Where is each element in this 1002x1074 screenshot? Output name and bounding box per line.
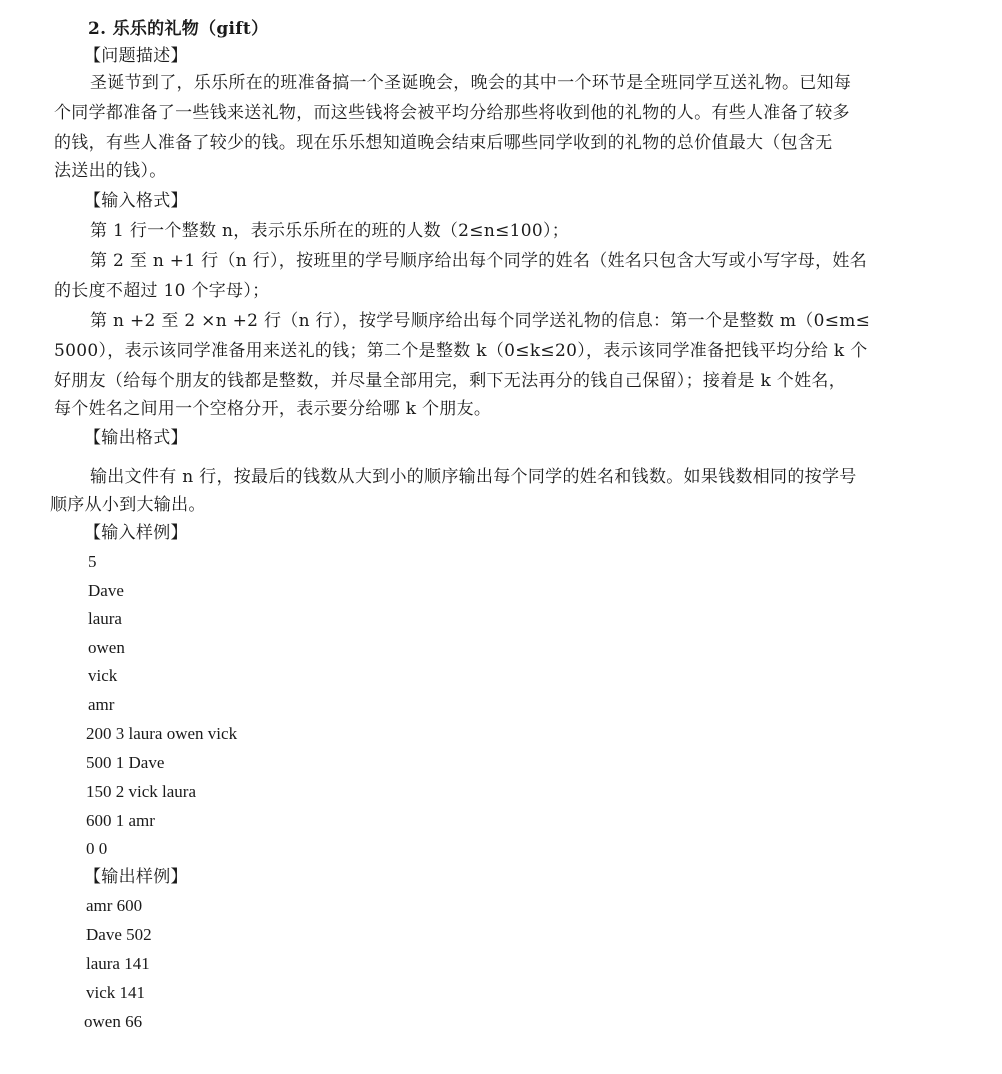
output-format-line: 输出文件有 n 行，按最后的钱数从大到小的顺序输出每个同学的姓名和钱数。如果钱数… <box>90 466 857 488</box>
sample-output-heading: 【输出样例】 <box>84 866 188 888</box>
input-format-heading: 【输入格式】 <box>84 190 188 212</box>
sample-input-line: owen <box>88 637 125 659</box>
sample-input-line: Dave <box>88 580 124 602</box>
input-format-line: 第 2 至 n +1 行（n 行），按班里的学号顺序给出每个同学的姓名（姓名只包… <box>90 250 867 272</box>
output-format-heading: 【输出格式】 <box>84 427 188 449</box>
input-format-line: 第 n +2 至 2 ×n +2 行（n 行），按学号顺序给出每个同学送礼物的信… <box>90 310 870 332</box>
input-format-line: 第 1 行一个整数 n，表示乐乐所在的班的人数（2≤n≤100）； <box>90 220 569 242</box>
sample-output-line: amr 600 <box>86 895 142 917</box>
sample-input-line: 150 2 vick laura <box>86 781 196 803</box>
sample-input-line: vick <box>88 665 117 687</box>
sample-input-line: laura <box>88 608 122 630</box>
sample-output-line: vick 141 <box>86 982 145 1004</box>
input-format-line: 的长度不超过 10 个字母）； <box>54 280 269 302</box>
problem-title: 2. 乐乐的礼物（gift） <box>88 18 268 40</box>
sample-output-line: owen 66 <box>84 1011 142 1033</box>
input-format-line: 5000），表示该同学准备用来送礼的钱；第二个是整数 k（0≤k≤20），表示该… <box>54 340 868 362</box>
input-format-line: 每个姓名之间用一个空格分开，表示要分给哪 k 个朋友。 <box>54 398 491 420</box>
sample-input-line: 600 1 amr <box>86 810 155 832</box>
sample-input-heading: 【输入样例】 <box>84 522 188 544</box>
description-heading: 【问题描述】 <box>84 45 188 67</box>
output-format-line: 顺序从小到大输出。 <box>50 494 206 516</box>
input-format-line: 好朋友（给每个朋友的钱都是整数，并尽量全部用完，剩下无法再分的钱自己保留）；接着… <box>54 370 846 392</box>
sample-input-line: 200 3 laura owen vick <box>86 723 237 745</box>
sample-input-line: 500 1 Dave <box>86 752 164 774</box>
description-line: 个同学都准备了一些钱来送礼物，而这些钱将会被平均分给那些将收到他的礼物的人。有些… <box>54 102 850 124</box>
description-line: 法送出的钱）。 <box>54 160 167 182</box>
description-line: 圣诞节到了，乐乐所在的班准备搞一个圣诞晚会，晚会的其中一个环节是全班同学互送礼物… <box>90 72 851 94</box>
document-page: 2. 乐乐的礼物（gift） 【问题描述】 圣诞节到了，乐乐所在的班准备搞一个圣… <box>0 0 1002 1074</box>
sample-output-line: laura 141 <box>86 953 150 975</box>
sample-input-line: 5 <box>88 551 97 573</box>
sample-output-line: Dave 502 <box>86 924 152 946</box>
sample-input-line: amr <box>88 694 114 716</box>
description-line: 的钱，有些人准备了较少的钱。现在乐乐想知道晚会结束后哪些同学收到的礼物的总价值最… <box>54 132 833 154</box>
sample-input-line: 0 0 <box>86 838 107 860</box>
